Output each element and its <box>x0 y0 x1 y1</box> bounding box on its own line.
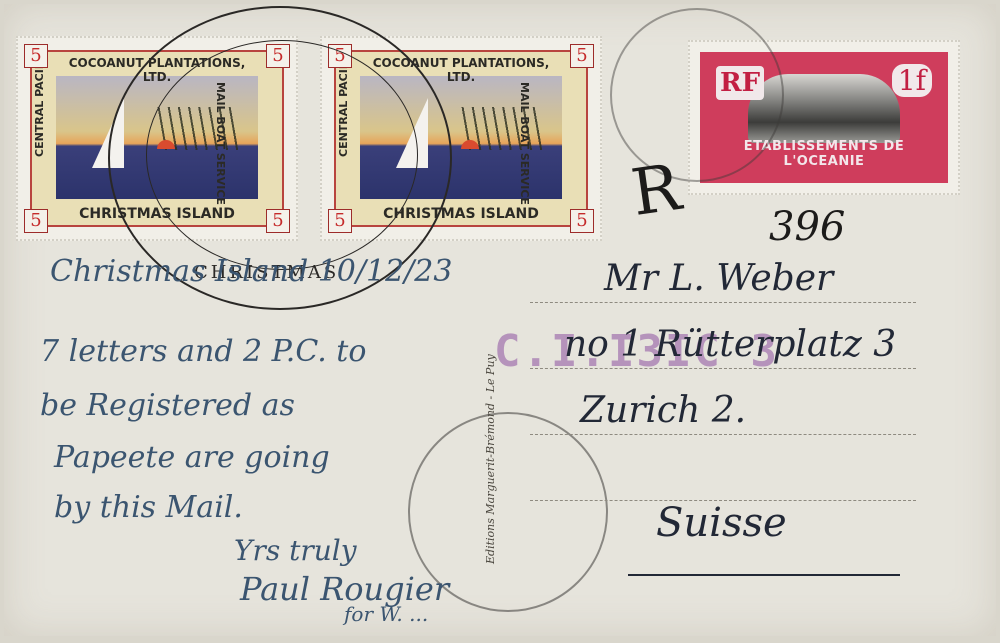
denomination-corner: 5 <box>24 209 48 233</box>
denomination-corner: 5 <box>570 44 594 68</box>
address-line-city: Zurich 2. <box>580 390 746 431</box>
stamp-right-text: MAIL BOAT SERVICE <box>518 82 531 205</box>
message-line: Papeete are going <box>54 440 330 475</box>
denomination-corner: 5 <box>570 209 594 233</box>
message-line: 7 letters and 2 P.C. to <box>40 334 366 369</box>
address-rule <box>530 368 916 369</box>
message-line: be Registered as <box>40 388 295 423</box>
message-header: Christmas Island 10/12/23 <box>50 254 452 289</box>
registration-mark: R <box>627 151 685 231</box>
address-line-country: Suisse <box>656 500 787 546</box>
message-line: by this Mail. <box>54 490 243 525</box>
address-line-recipient: Mr L. Weber <box>604 258 833 299</box>
country-underline <box>628 574 900 576</box>
registration-number: 396 <box>769 204 845 250</box>
message-closing: Yrs truly <box>234 534 357 567</box>
publisher-imprint: Editions Marguerit-Brémond - Le Puy <box>484 354 497 564</box>
address-rule <box>530 434 916 435</box>
denomination-corner: 5 <box>24 44 48 68</box>
signature-suffix: for W. ... <box>344 602 428 626</box>
stamp-denomination: 1f <box>892 64 932 97</box>
address-rule <box>530 302 916 303</box>
address-line-street: no 1 Rütterplatz 3 <box>564 324 896 365</box>
christmas-island-postmark-inner-ring <box>146 40 418 270</box>
postcard-back: COCOANUT PLANTATIONS, LTD. CENTRAL PACIF… <box>4 4 996 636</box>
